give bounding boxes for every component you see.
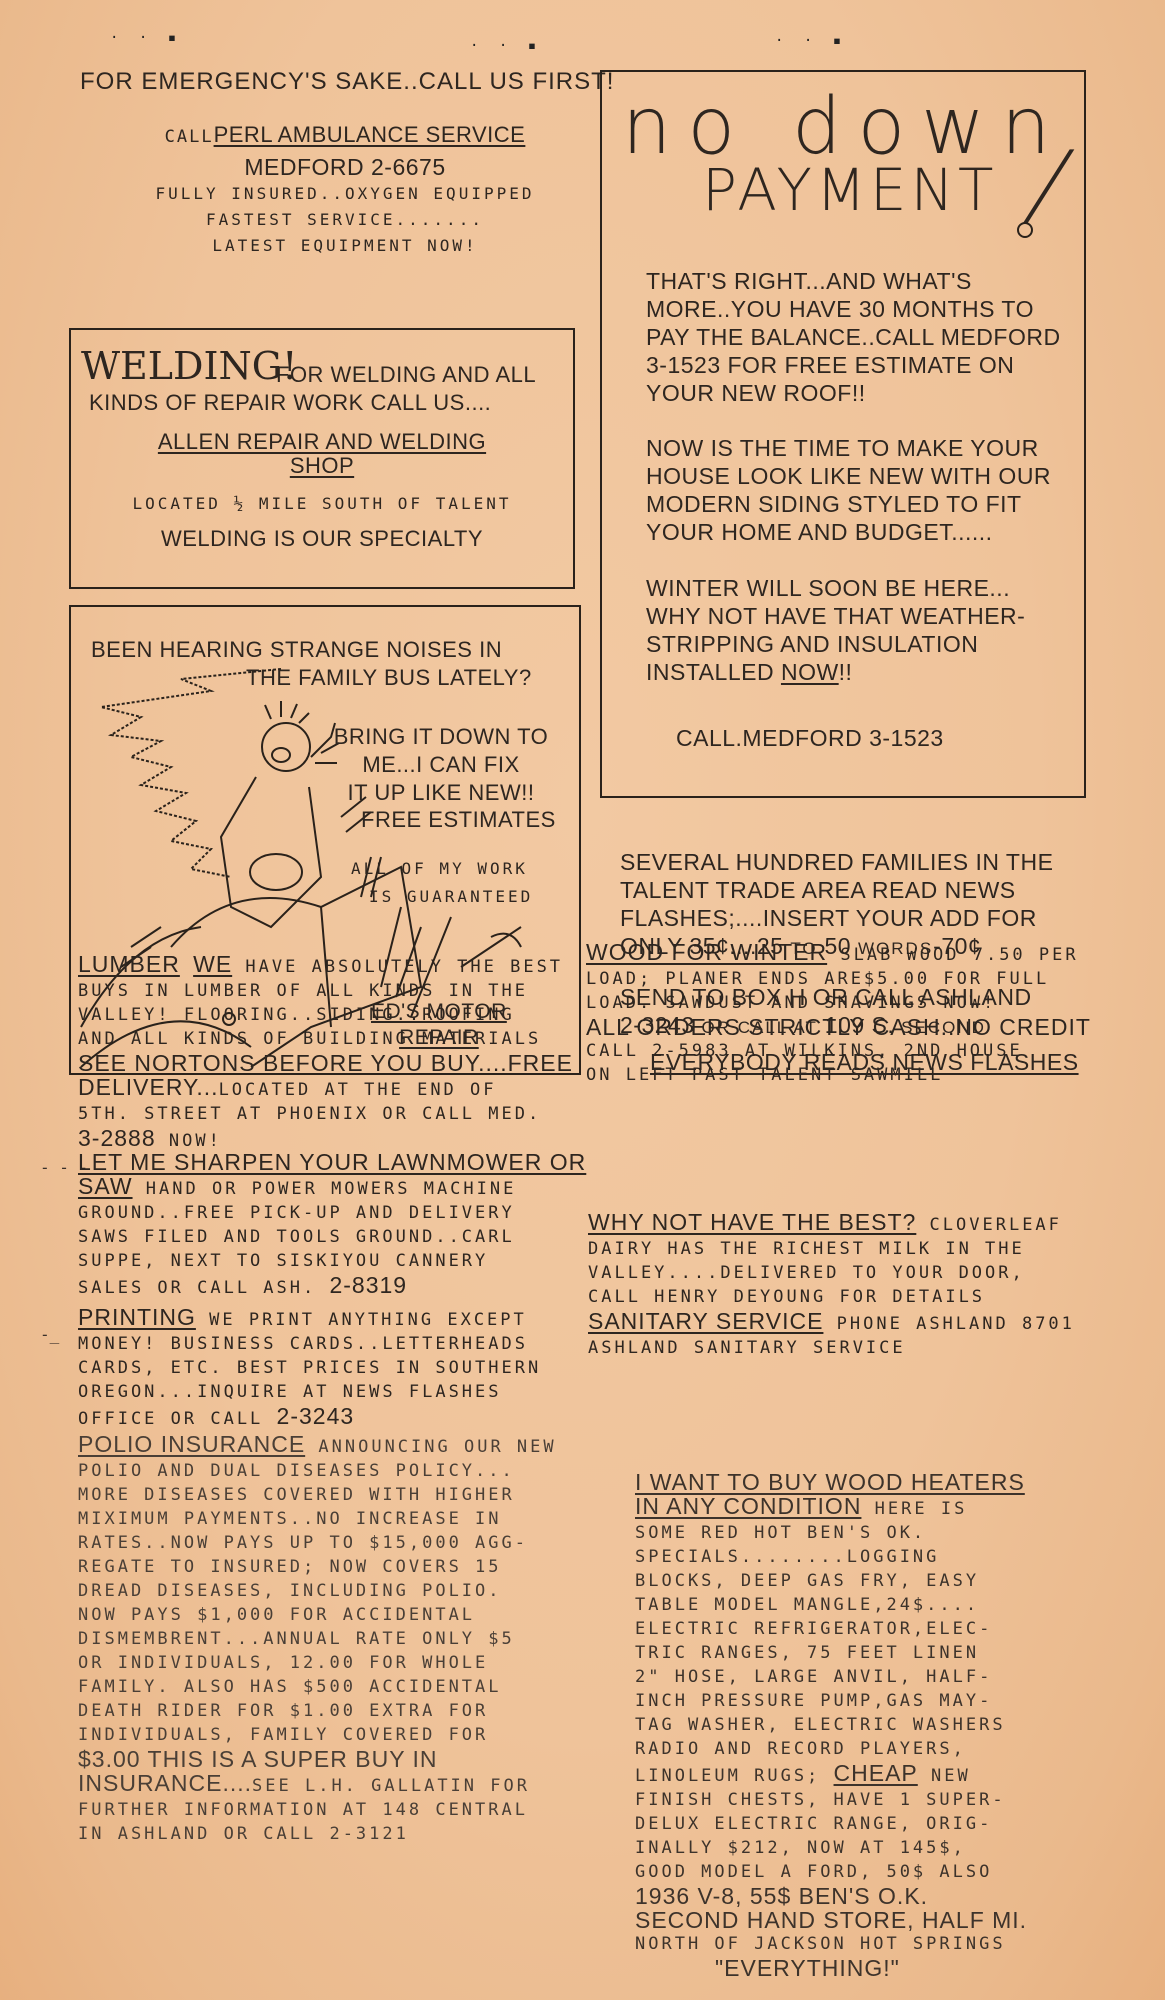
heaters-line: SPECIALS........LOGGING xyxy=(635,1545,1105,1569)
ambulance-call-line: CALLPERL AMBULANCE SERVICE xyxy=(80,122,610,148)
heaters-line: TAG WASHER, ELECTRIC WASHERS xyxy=(635,1713,1105,1737)
wood-line: CALL 2-5983 AT WILKINS, 2ND HOUSE xyxy=(586,1039,1106,1063)
ambulance-line: FASTEST SERVICE....... xyxy=(80,207,610,233)
classified-printing: PRINTING WE PRINT ANYTHING EXCEPT MONEY!… xyxy=(78,1305,588,1431)
ambulance-call-prefix: CALL xyxy=(165,127,214,147)
heaters-line: 1936 V-8, 55$ BEN'S O.K. xyxy=(635,1884,1105,1908)
heaters-line: INALLY $212, NOW AT 145$, xyxy=(635,1836,1105,1860)
classified-dairy: WHY NOT HAVE THE BEST? CLOVERLEAF DAIRY … xyxy=(588,1210,1108,1360)
lumber-line: VALLEY! FLOORING..SIDING..ROOFING xyxy=(78,1003,588,1027)
roofing-text-line: WINTER WILL SOON BE HERE... xyxy=(646,574,1025,602)
heaters-line: SECOND HAND STORE, HALF MI. xyxy=(635,1908,1105,1932)
heaters-line: GOOD MODEL A FORD, 50$ ALSO xyxy=(635,1860,1105,1884)
welding-ad-box: WELDING! FOR WELDING AND ALL KINDS OF RE… xyxy=(69,328,575,589)
printing-line: CARDS, ETC. BEST PRICES IN SOUTHERN xyxy=(78,1356,588,1380)
polio-line: RATES..NOW PAYS UP TO $15,000 AGG- xyxy=(78,1531,588,1555)
dairy-line: VALLEY....DELIVERED TO YOUR DOOR, xyxy=(588,1261,1108,1285)
heaters-heading: I WANT TO BUY WOOD HEATERS xyxy=(635,1470,1105,1494)
ambulance-business-name: PERL AMBULANCE SERVICE xyxy=(214,122,526,147)
roofing-text-line: NOW IS THE TIME TO MAKE YOUR xyxy=(646,434,1051,462)
welding-business-line2: SHOP xyxy=(71,454,573,478)
welding-title: WELDING! xyxy=(81,344,297,388)
lawnmower-heading: LET ME SHARPEN YOUR LAWNMOWER OR xyxy=(78,1150,588,1174)
motor-ad-guarantee-line: IS GUARANTEED xyxy=(369,883,533,911)
sanitary-line: ASHLAND SANITARY SERVICE xyxy=(588,1336,1108,1360)
printing-phone: 2-3243 xyxy=(277,1403,355,1429)
wood-heading: WOOD FOR WINTER xyxy=(586,939,827,965)
heaters-line: ELECTRIC REFRIGERATOR,ELEC- xyxy=(635,1617,1105,1641)
polio-line: INSURANCE.... xyxy=(78,1770,252,1796)
lawnmower-line: SUPPE, NEXT TO SISKIYOU CANNERY xyxy=(78,1249,588,1273)
dairy-line: CALL HENRY DEYOUNG FOR DETAILS xyxy=(588,1285,1108,1309)
polio-line: FAMILY. ALSO HAS $500 ACCIDENTAL xyxy=(78,1675,588,1699)
lumber-line: LOCATED AT THE END OF xyxy=(219,1080,497,1100)
printing-line: WE PRINT ANYTHING EXCEPT xyxy=(196,1310,527,1330)
wood-line: ALL ORDERS STRICTLY CASH..NO CREDIT xyxy=(586,1015,1106,1039)
classified-lawnmower: LET ME SHARPEN YOUR LAWNMOWER OR SAW HAN… xyxy=(78,1150,588,1300)
heaters-line: HERE IS xyxy=(861,1499,967,1519)
lawnmower-line: SALES OR CALL ASH. xyxy=(78,1278,329,1298)
roofing-text-line: YOUR HOME AND BUDGET...... xyxy=(646,518,1051,546)
roofing-text-line: PAY THE BALANCE..CALL MEDFORD xyxy=(646,323,1061,351)
roofing-title-line1: no down xyxy=(622,92,1066,162)
lawnmower-heading-saw: SAW xyxy=(78,1173,133,1199)
lumber-line: SEE NORTONS BEFORE YOU BUY....FREE xyxy=(78,1051,588,1075)
polio-line: DEATH RIDER FOR $1.00 EXTRA FOR xyxy=(78,1699,588,1723)
polio-line: MORE DISEASES COVERED WITH HIGHER xyxy=(78,1483,588,1507)
roofing-text-line: THAT'S RIGHT...AND WHAT'S xyxy=(646,267,1061,295)
margin-dash-mark: -_ xyxy=(40,1325,59,1344)
polio-line: POLIO AND DUAL DISEASES POLICY... xyxy=(78,1459,588,1483)
wood-line: LOAD. SAWDUST AND SHAVINGS NOW! xyxy=(586,991,1106,1015)
welding-text-line2: KINDS OF REPAIR WORK CALL US.... xyxy=(89,390,491,416)
welding-text-line1: FOR WELDING AND ALL xyxy=(276,362,536,388)
heaters-line: TRIC RANGES, 75 FEET LINEN xyxy=(635,1641,1105,1665)
roofing-text-line: HOUSE LOOK LIKE NEW WITH OUR xyxy=(646,462,1051,490)
lumber-line: NOW! xyxy=(156,1131,222,1151)
exclamation-dot xyxy=(1017,222,1033,238)
motor-ad-guarantee-line: ALL OF MY WORK xyxy=(351,855,533,883)
motor-ad-pitch-line: IT UP LIKE NEW!! xyxy=(321,779,561,807)
polio-line: INDIVIDUALS, FAMILY COVERED FOR xyxy=(78,1723,588,1747)
promo-line: TALENT TRADE AREA READ NEWS xyxy=(620,876,1080,904)
heaters-heading: IN ANY CONDITION xyxy=(635,1493,861,1519)
heaters-line: RADIO AND RECORD PLAYERS, xyxy=(635,1737,1105,1761)
sanitary-heading: SANITARY SERVICE xyxy=(588,1308,823,1334)
dairy-line: CLOVERLEAF xyxy=(916,1215,1062,1235)
motor-ad-pitch-line: BRING IT DOWN TO xyxy=(321,723,561,751)
roofing-text-line: STRIPPING AND INSULATION xyxy=(646,630,1025,658)
polio-line: DISMEMBRENT...ANNUAL RATE ONLY $5 xyxy=(78,1627,588,1651)
wood-line: ON LEFT PAST TALENT SAWMILL xyxy=(586,1063,1106,1087)
roofing-title-line2: PAYMENT xyxy=(702,158,997,222)
heaters-cheap-emphasis: CHEAP xyxy=(834,1760,918,1786)
polio-line: NOW PAYS $1,000 FOR ACCIDENTAL xyxy=(78,1603,588,1627)
promo-line: SEVERAL HUNDRED FAMILIES IN THE xyxy=(620,848,1080,876)
heaters-line: FINISH CHESTS, HAVE 1 SUPER- xyxy=(635,1788,1105,1812)
polio-line: FURTHER INFORMATION AT 148 CENTRAL xyxy=(78,1798,588,1822)
heaters-line: "EVERYTHING!" xyxy=(715,1956,1105,1980)
heaters-line: SOME RED HOT BEN'S OK. xyxy=(635,1521,1105,1545)
printing-line: MONEY! BUSINESS CARDS..LETTERHEADS xyxy=(78,1332,588,1356)
top-specks-mid: · · ▪ xyxy=(470,38,542,54)
ambulance-line: LATEST EQUIPMENT NOW! xyxy=(80,233,610,259)
classified-lumber: LUMBER WE HAVE ABSOLUTELY THE BEST BUYS … xyxy=(78,952,588,1153)
heaters-line: INCH PRESSURE PUMP,GAS MAY- xyxy=(635,1689,1105,1713)
lumber-line: AND ALL KINDS OF BUILDING MATERIALS xyxy=(78,1027,588,1051)
roofing-paragraph-1: THAT'S RIGHT...AND WHAT'S MORE..YOU HAVE… xyxy=(646,267,1061,407)
ambulance-line: FULLY INSURED..OXYGEN EQUIPPED xyxy=(80,181,610,207)
printing-line: OFFICE OR CALL xyxy=(78,1409,277,1429)
sanitary-line: PHONE ASHLAND 8701 xyxy=(823,1314,1074,1334)
polio-line: ANNOUNCING OUR NEW xyxy=(305,1437,556,1457)
welding-business: ALLEN REPAIR AND WELDING SHOP xyxy=(71,430,573,478)
classified-wood: WOOD FOR WINTER SLAB WOOD 7.50 PER LOAD;… xyxy=(586,940,1106,1087)
lumber-line: DELIVERY... xyxy=(78,1074,219,1100)
heaters-line: BLOCKS, DEEP GAS FRY, EASY xyxy=(635,1569,1105,1593)
wood-line: SLAB WOOD 7.50 PER xyxy=(827,945,1078,965)
heaters-line: LINOLEUM RUGS; xyxy=(635,1766,834,1786)
lumber-line: BUYS IN LUMBER OF ALL KINDS IN THE xyxy=(78,979,588,1003)
wood-line: LOAD; PLANER ENDS ARE$5.00 FOR FULL xyxy=(586,967,1106,991)
welding-location: LOCATED ½ MILE SOUTH OF TALENT xyxy=(71,494,573,513)
roofing-paragraph-2: NOW IS THE TIME TO MAKE YOUR HOUSE LOOK … xyxy=(646,434,1051,546)
ambulance-headline: FOR EMERGENCY'S SAKE..CALL US FIRST! xyxy=(80,68,610,96)
welding-tagline: WELDING IS OUR SPECIALTY xyxy=(71,526,573,552)
heaters-line: DELUX ELECTRIC RANGE, ORIG- xyxy=(635,1812,1105,1836)
printing-heading: PRINTING xyxy=(78,1304,196,1330)
roofing-text-line: MORE..YOU HAVE 30 MONTHS TO xyxy=(646,295,1061,323)
polio-line: $3.00 THIS IS A SUPER BUY IN xyxy=(78,1747,588,1771)
classified-heaters: I WANT TO BUY WOOD HEATERS IN ANY CONDIT… xyxy=(635,1470,1105,1980)
welding-business-line1: ALLEN REPAIR AND WELDING xyxy=(71,430,573,454)
promo-line: FLASHES;....INSERT YOUR ADD FOR xyxy=(620,904,1080,932)
heaters-line: NEW xyxy=(918,1766,971,1786)
heaters-line: NORTH OF JACKSON HOT SPRINGS xyxy=(635,1932,1105,1956)
roofing-text-fragment: INSTALLED xyxy=(646,659,781,685)
dairy-heading: WHY NOT HAVE THE BEST? xyxy=(588,1209,916,1235)
lumber-line: 5TH. STREET AT PHOENIX OR CALL MED. xyxy=(78,1102,588,1126)
roofing-ad-box: no down PAYMENT / THAT'S RIGHT...AND WHA… xyxy=(600,70,1086,798)
roofing-text-line: 3-1523 FOR FREE ESTIMATE ON xyxy=(646,351,1061,379)
polio-line: REGATE TO INSURED; NOW COVERS 15 xyxy=(78,1555,588,1579)
lumber-phone: 3-2888 xyxy=(78,1125,156,1151)
lumber-line: HAVE ABSOLUTELY THE BEST xyxy=(232,957,563,977)
ambulance-ad: FOR EMERGENCY'S SAKE..CALL US FIRST! CAL… xyxy=(80,68,610,259)
roofing-paragraph-3: WINTER WILL SOON BE HERE... WHY NOT HAVE… xyxy=(646,574,1025,686)
printing-line: OREGON...INQUIRE AT NEWS FLASHES xyxy=(78,1380,588,1404)
roofing-text-line: WHY NOT HAVE THAT WEATHER- xyxy=(646,602,1025,630)
motor-ad-guarantee: ALL OF MY WORK IS GUARANTEED xyxy=(351,855,533,911)
top-specks-left: · · ▪ xyxy=(110,30,182,46)
polio-line: SEE L.H. GALLATIN FOR xyxy=(252,1776,530,1796)
roofing-text-fragment: !! xyxy=(839,659,853,685)
motor-ad-line1: BEEN HEARING STRANGE NOISES IN xyxy=(91,637,502,663)
roofing-text-line: YOUR NEW ROOF!! xyxy=(646,379,1061,407)
classified-sanitary: SANITARY SERVICE PHONE ASHLAND 8701 xyxy=(588,1309,1108,1336)
lawnmower-line: SAWS FILED AND TOOLS GROUND..CARL xyxy=(78,1225,588,1249)
motor-ad-estimates: FREE ESTIMATES xyxy=(361,807,556,833)
polio-line: DREAD DISEASES, INCLUDING POLIO. xyxy=(78,1579,588,1603)
heaters-line: 2" HOSE, LARGE ANVIL, HALF- xyxy=(635,1665,1105,1689)
heaters-line: TABLE MODEL MANGLE,24$.... xyxy=(635,1593,1105,1617)
roofing-text-line: INSTALLED NOW!! xyxy=(646,658,1025,686)
roofing-text-line: MODERN SIDING STYLED TO FIT xyxy=(646,490,1051,518)
ambulance-phone: MEDFORD 2-6675 xyxy=(80,154,610,181)
lumber-heading: LUMBER xyxy=(78,951,180,977)
motor-ad-pitch: BRING IT DOWN TO ME...I CAN FIX IT UP LI… xyxy=(321,723,561,807)
roofing-contact: CALL.MEDFORD 3-1523 xyxy=(676,724,944,752)
polio-heading: POLIO INSURANCE xyxy=(78,1431,305,1457)
motor-ad-pitch-line: ME...I CAN FIX xyxy=(321,751,561,779)
classified-polio-insurance: POLIO INSURANCE ANNOUNCING OUR NEW POLIO… xyxy=(78,1432,588,1846)
motor-ad-line2: THE FAMILY BUS LATELY? xyxy=(246,665,532,691)
lumber-heading-we: WE xyxy=(193,951,232,977)
top-specks-right: · · ▪ xyxy=(775,33,847,49)
lawnmower-line: GROUND..FREE PICK-UP AND DELIVERY xyxy=(78,1201,588,1225)
roofing-now-emphasis: NOW xyxy=(781,659,839,685)
polio-line: OR INDIVIDUALS, 12.00 FOR WHOLE xyxy=(78,1651,588,1675)
lawnmower-line: HAND OR POWER MOWERS MACHINE xyxy=(133,1179,517,1199)
lawnmower-phone: 2-8319 xyxy=(329,1272,407,1298)
polio-line: MIXIMUM PAYMENTS..NO INCREASE IN xyxy=(78,1507,588,1531)
polio-line: IN ASHLAND OR CALL 2-3121 xyxy=(78,1822,588,1846)
dairy-line: DAIRY HAS THE RICHEST MILK IN THE xyxy=(588,1237,1108,1261)
